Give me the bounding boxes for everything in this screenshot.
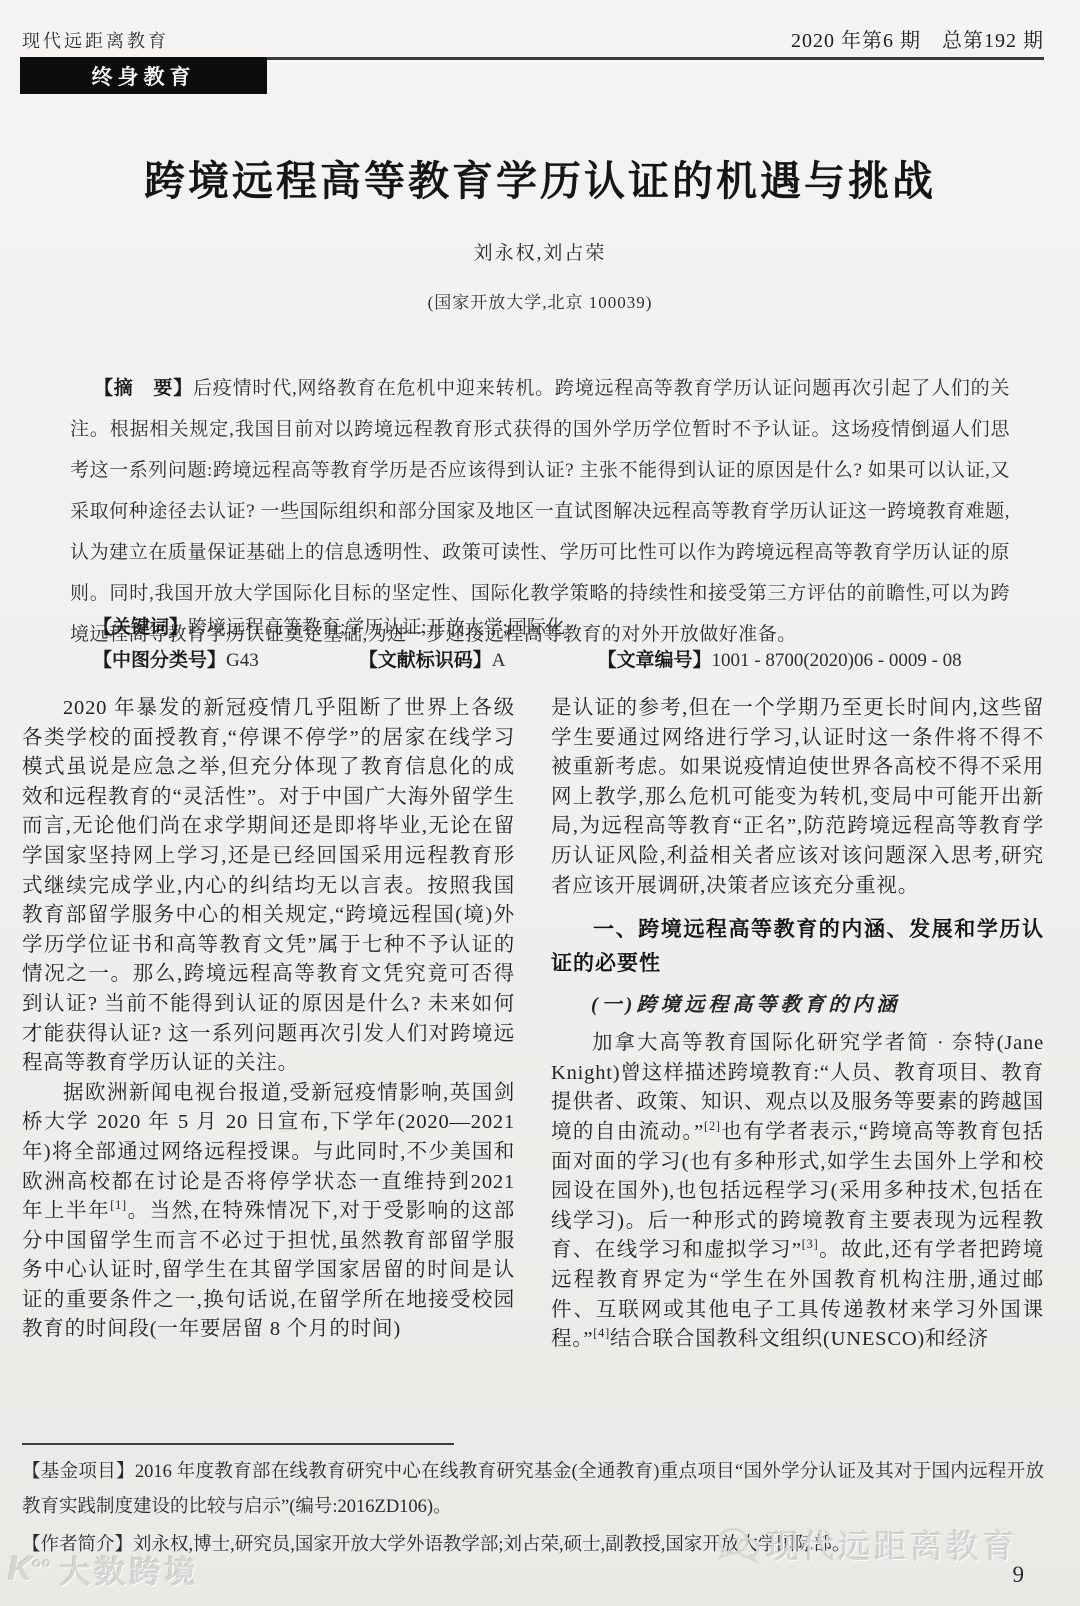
dashu-logo-icon: Koo [8, 1550, 52, 1589]
watermark-left-text: 大数跨境 [60, 1547, 200, 1592]
left-column: 2020 年暴发的新冠疫情几乎阻断了世界上各级各类学校的面授教育,“停课不停学”… [22, 694, 515, 1416]
article-id-label: 【文章编号】 [598, 645, 712, 672]
watermark-bottom-right: 现代远距离教育 [716, 1521, 1018, 1568]
doc-code-value: A [492, 650, 506, 672]
keywords-line: 【关键词】跨境远程高等教育;学历认证;开放大学;国际化 [93, 612, 1010, 639]
column-tag: 终身教育 [20, 57, 267, 94]
keywords-text: 跨境远程高等教育;学历认证;开放大学;国际化 [188, 617, 565, 638]
doc-code-label: 【文献标识码】 [359, 645, 492, 672]
article-id-value: 1001 - 8700(2020)06 - 0009 - 08 [712, 650, 962, 672]
chat-bubble-icon [716, 1526, 760, 1564]
classification-line: 【中图分类号】G43 【文献标识码】A 【文章编号】1001 - 8700(20… [93, 645, 1010, 672]
issue-info: 2020 年第6 期 总第192 期 [791, 24, 1044, 53]
body-columns: 2020 年暴发的新冠疫情几乎阻断了世界上各级各类学校的面授教育,“停课不停学”… [22, 694, 1044, 1416]
body-paragraph: 是认证的参考,但在一个学期乃至更长时间内,这些留学生要通过网络进行学习,认证时这… [551, 694, 1044, 901]
page-header: 现代远距离教育 2020 年第6 期 总第192 期 [22, 24, 1044, 60]
watermark-right-text: 现代远距离教育 [766, 1521, 1018, 1568]
abstract-text: 后疫情时代,网络教育在危机中迎来转机。跨境远程高等教育学历认证问题再次引起了人们… [70, 378, 1010, 645]
subsection-heading: (一)跨境远程高等教育的内涵 [551, 989, 1044, 1021]
keywords-label: 【关键词】 [93, 617, 188, 638]
section-heading: 一、跨境远程高等教育的内涵、发展和学历认证的必要性 [551, 913, 1044, 981]
body-paragraph: 据欧洲新闻电视台报道,受新冠疫情影响,英国剑桥大学 2020 年 5 月 20 … [22, 1079, 515, 1345]
article-affiliation: (国家开放大学,北京 100039) [0, 288, 1080, 313]
page-number: 9 [1013, 1562, 1025, 1588]
watermark-bottom-left: Koo 大数跨境 [8, 1547, 200, 1592]
clc-value: G43 [226, 650, 259, 672]
right-column: 是认证的参考,但在一个学期乃至更长时间内,这些留学生要通过网络进行学习,认证时这… [551, 694, 1044, 1416]
journal-page: 现代远距离教育 2020 年第6 期 总第192 期 终身教育 跨境远程高等教育… [0, 0, 1080, 1606]
journal-name: 现代远距离教育 [22, 27, 169, 53]
fund-project-note: 【基金项目】2016 年度教育部在线教育研究中心在线教育研究基金(全通教育)重点… [22, 1455, 1044, 1525]
article-authors: 刘永权,刘占荣 [0, 238, 1080, 265]
body-paragraph: 加拿大高等教育国际化研究学者简 · 奈特(Jane Knight)曾这样描述跨境… [551, 1029, 1044, 1355]
abstract-label: 【摘 要】 [94, 378, 193, 399]
body-paragraph: 2020 年暴发的新冠疫情几乎阻断了世界上各级各类学校的面授教育,“停课不停学”… [22, 694, 515, 1079]
footnote-rule [22, 1443, 454, 1445]
clc-label: 【中图分类号】 [93, 645, 226, 672]
article-title: 跨境远程高等教育学历认证的机遇与挑战 [0, 148, 1080, 207]
